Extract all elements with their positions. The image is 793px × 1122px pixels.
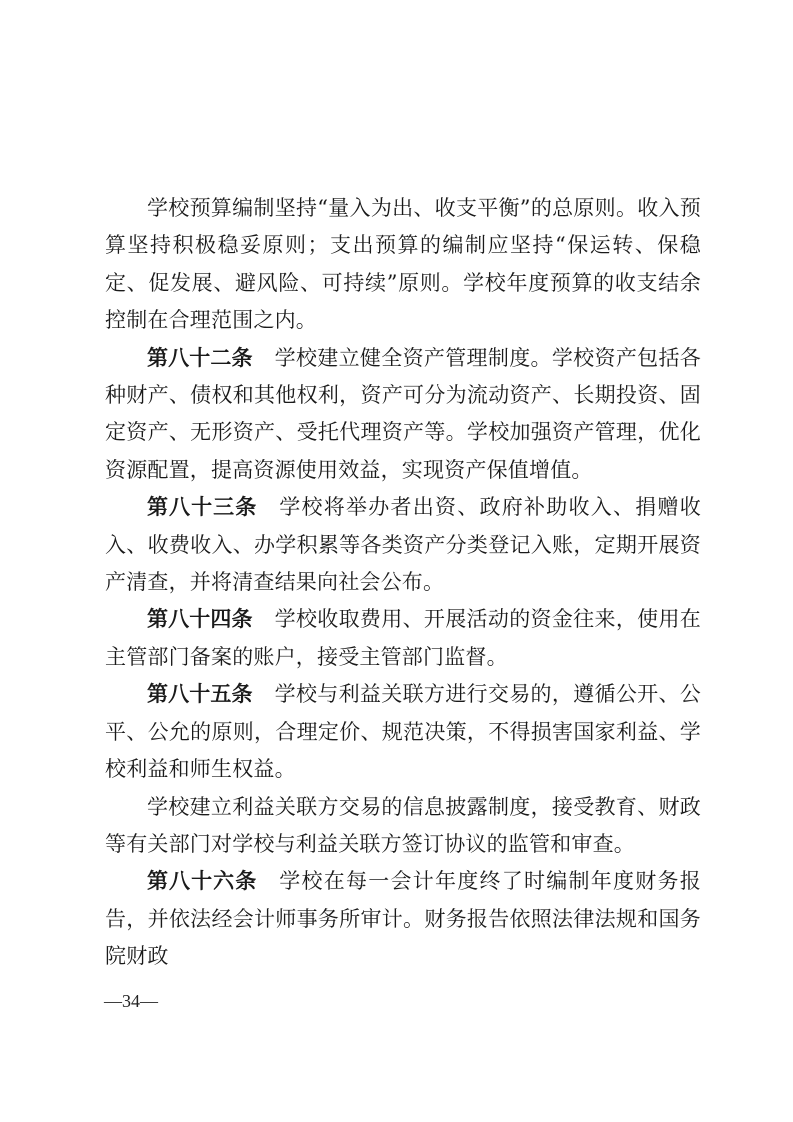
article-number: 第八十六条: [147, 869, 257, 893]
paragraph-article-85: 第八十五条学校与利益关联方进行交易的，遵循公开、公平、公允的原则，合理定价、规范…: [105, 676, 701, 788]
paragraph-text: 学校建立利益关联方交易的信息披露制度，接受教育、财政等有关部门对学校与利益关联方…: [105, 795, 701, 856]
paragraph-text: 学校预算编制坚持“量入为出、收支平衡”的总原则。收入预算坚持积极稳妥原则；支出预…: [105, 196, 701, 332]
document-body: 学校预算编制坚持“量入为出、收支平衡”的总原则。收入预算坚持积极稳妥原则；支出预…: [105, 190, 701, 976]
paragraph-disclosure: 学校建立利益关联方交易的信息披露制度，接受教育、财政等有关部门对学校与利益关联方…: [105, 789, 701, 864]
article-number: 第八十五条: [147, 682, 253, 706]
paragraph-article-83: 第八十三条学校将举办者出资、政府补助收入、捐赠收入、收费收入、办学积累等各类资产…: [105, 489, 701, 601]
article-number: 第八十三条: [147, 495, 257, 519]
paragraph-article-84: 第八十四条学校收取费用、开展活动的资金往来，使用在主管部门备案的账户，接受主管部…: [105, 601, 701, 676]
paragraph-budget-principles: 学校预算编制坚持“量入为出、收支平衡”的总原则。收入预算坚持积极稳妥原则；支出预…: [105, 190, 701, 340]
paragraph-article-82: 第八十二条学校建立健全资产管理制度。学校资产包括各种财产、债权和其他权利，资产可…: [105, 340, 701, 490]
page-number: —34—: [104, 991, 158, 1012]
article-number: 第八十二条: [147, 346, 253, 370]
article-number: 第八十四条: [147, 607, 253, 631]
paragraph-article-86: 第八十六条学校在每一会计年度终了时编制年度财务报告，并依法经会计师事务所审计。财…: [105, 863, 701, 975]
